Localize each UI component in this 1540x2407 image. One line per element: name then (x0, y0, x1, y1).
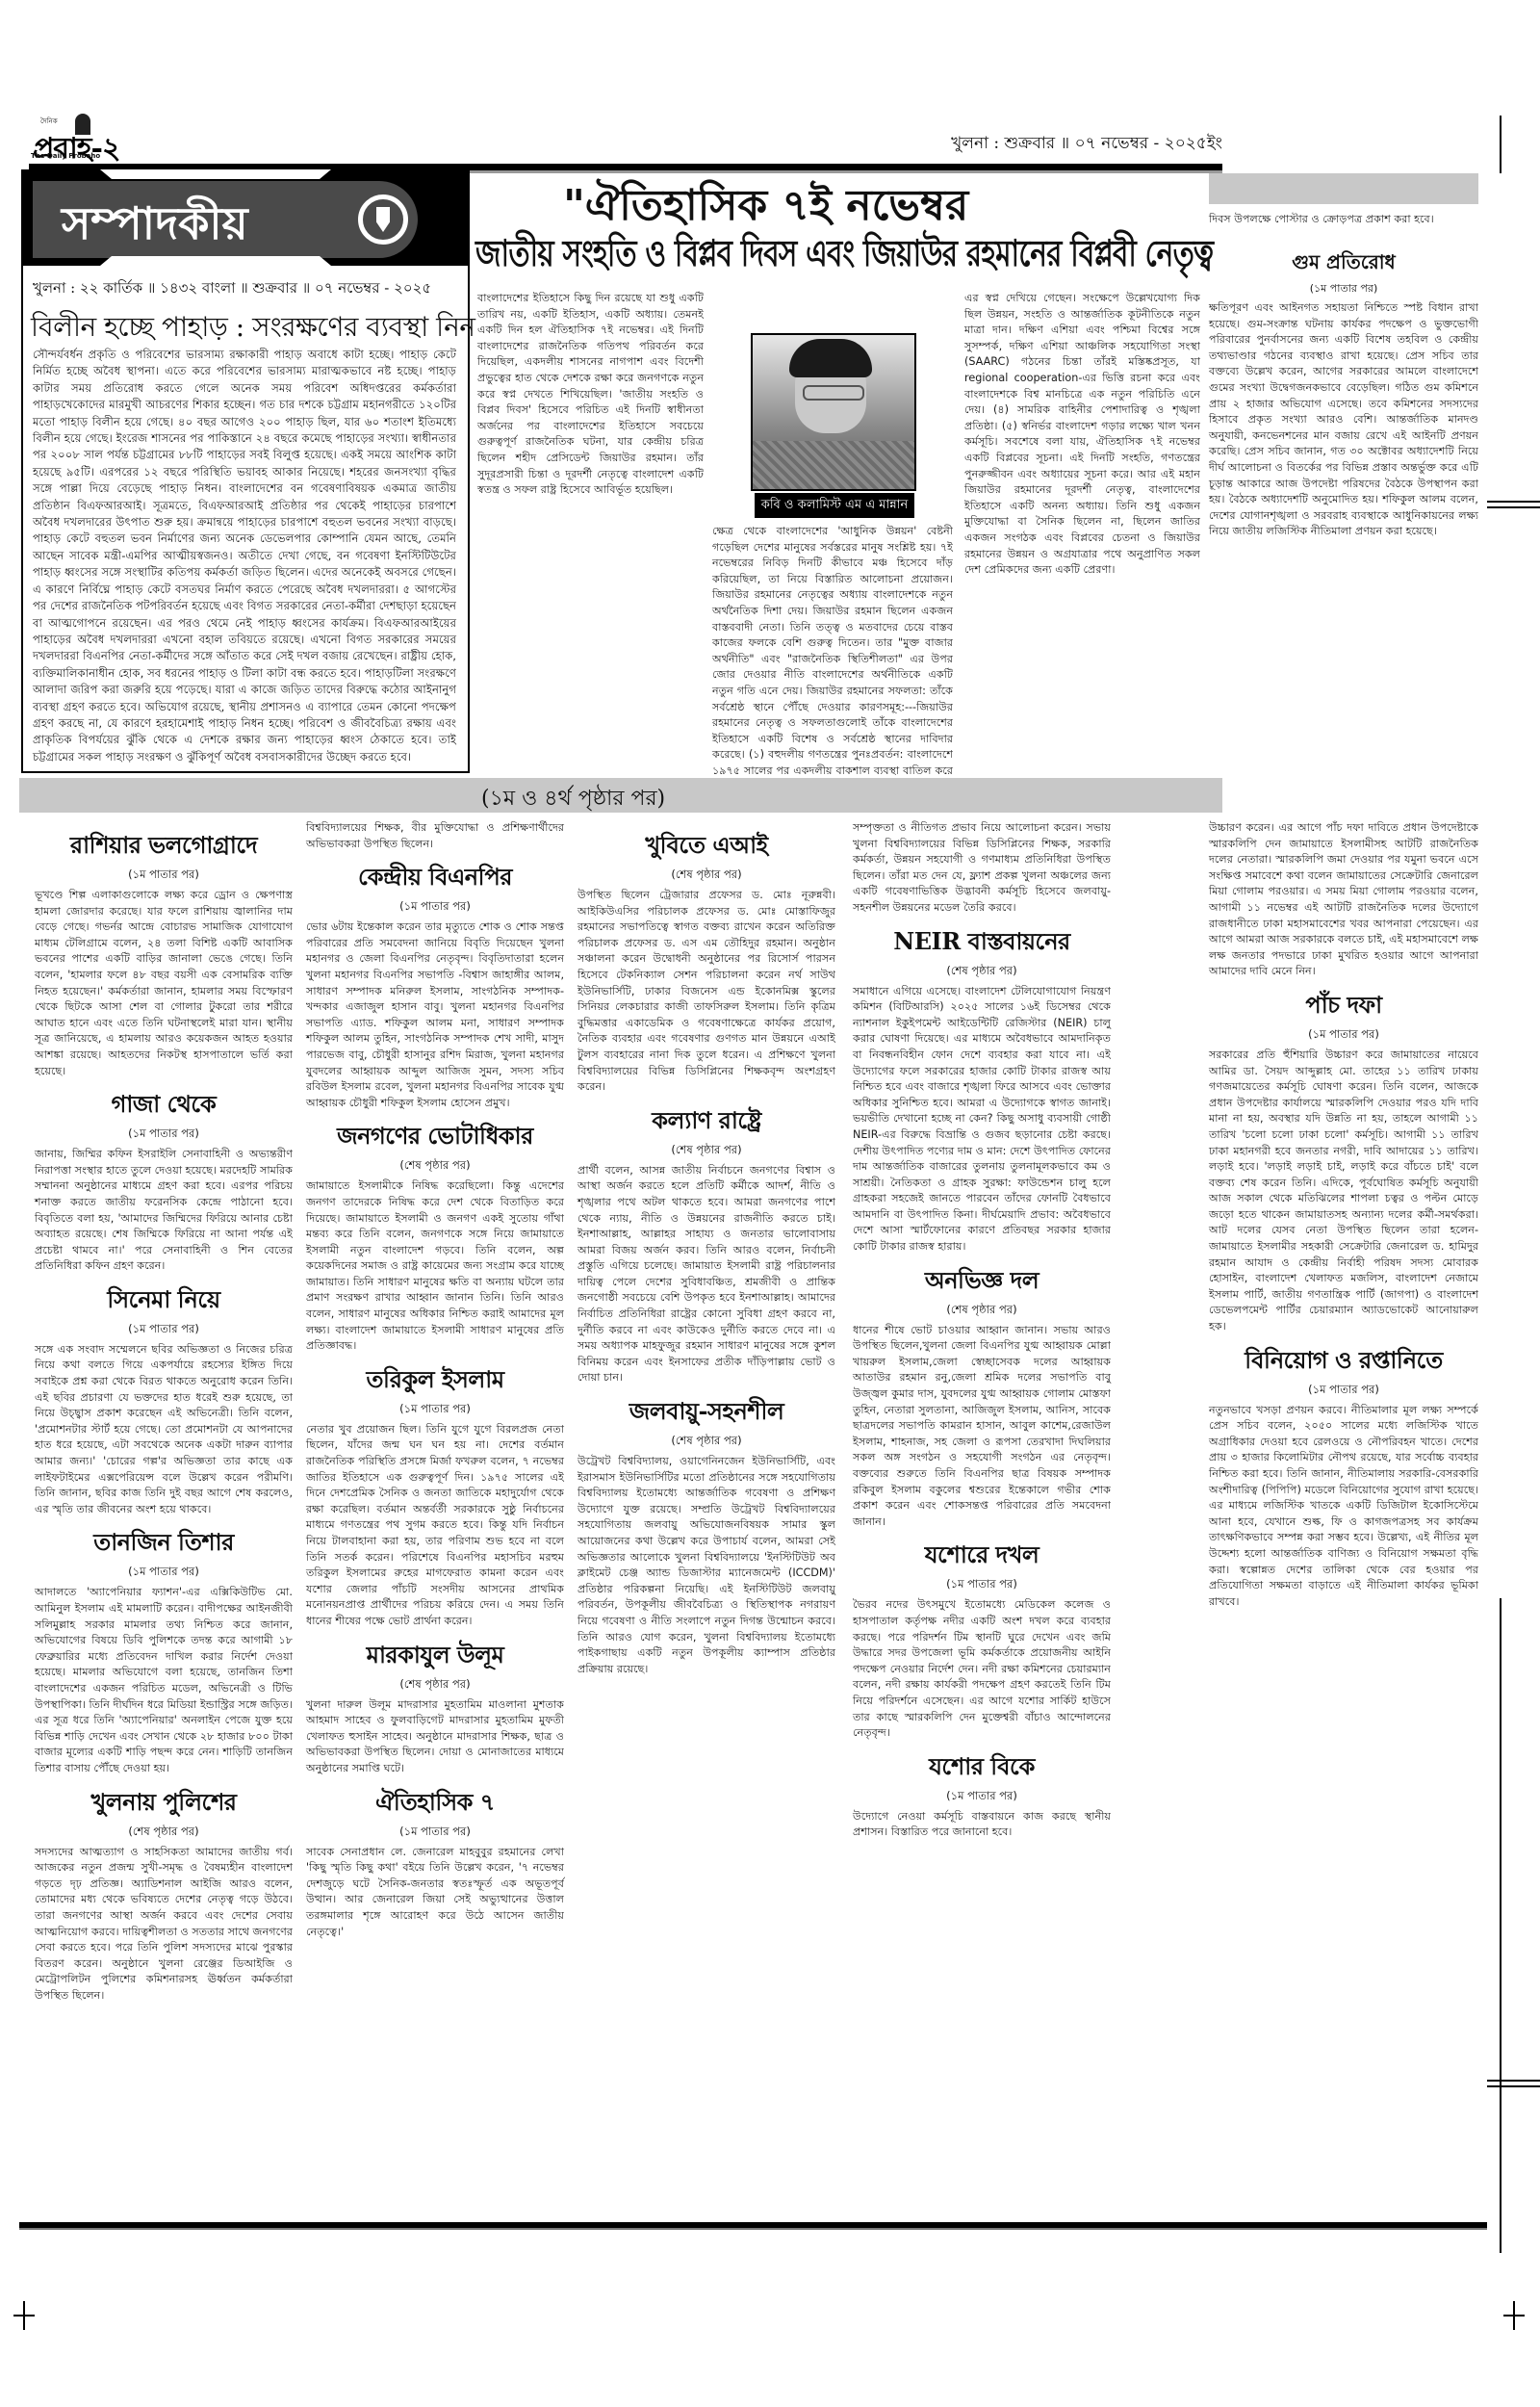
story-headline: কল্যাণ রাষ্ট্রে (577, 1103, 835, 1142)
story-body: ভোর ৬টায় ইন্তেকাল করেন তার মৃত্যুতে শোক… (306, 919, 564, 1111)
story-body: জামায়াতে ইসলামীকে নিষিদ্ধ করেছিলো। কিন্… (306, 1178, 564, 1355)
story-body: সমাধানে এগিয়ে এসেছে। বাংলাদেশ টেলিযোগায… (853, 984, 1111, 1255)
editorial-title: সম্পাদকীয় (62, 191, 248, 264)
editorial-headline: বিলীন হচ্ছে পাহাড় : সংরক্ষণের ব্যবস্থা … (31, 306, 475, 351)
story-continued: (১ম পাতার পর) (306, 898, 564, 917)
lower-column-1: রাশিয়ার ভলগোগ্রাদে (১ম পাতার পর) ভূখণ্ড… (35, 820, 293, 2004)
story-gum-protirodh: গুম প্রতিরোধ (১ম পাতার পর) ক্ষতিপূরণ এবং… (1209, 245, 1478, 540)
page-dateline: খুলনা : শুক্রবার ॥ ০৭ নভেম্বর - ২০২৫ইং (951, 131, 1222, 158)
story-headline: গাজা থেকে (35, 1087, 293, 1126)
lower-column-4: সম্পৃক্ততা ও নীতিগত প্রভাব নিয়ে আলোচনা … (853, 820, 1111, 1841)
masthead: দৈনিক প্রবাহ-২ The Daily Probaho খুলনা :… (29, 114, 1222, 164)
story-headline: মারকাযুল উলূম (306, 1638, 564, 1676)
right-column: দিবস উপলক্ষে পোস্টার ও ক্রোড়পত্র প্রকাশ… (1209, 169, 1478, 771)
bottom-rule (19, 2222, 1487, 2230)
story-body: ভূখণ্ডে শিল্প এলাকাগুলোকে লক্ষ্য করে ড্র… (35, 888, 293, 1079)
editorial-box: সম্পাদকীয় খুলনা : ২২ কার্তিক ॥ ১৪৩২ বাং… (21, 169, 470, 773)
lower-column-3: খুবিতে এআই (শেষ পৃষ্ঠার পর) উপস্থিত ছিলে… (577, 820, 835, 1677)
crop-mark (1487, 501, 1540, 503)
story-body: জানায়, জিম্মির কফিন ইসরাইলি সেনাবাহিনী … (35, 1147, 293, 1275)
editorial-body: সৌন্দর্যবর্ধন প্রকৃতি ও পরিবেশের ভারসাম্… (33, 347, 456, 765)
story-body: নতুনভাবে খসড়া প্রণয়ন করবে। নীতিমালার ম… (1209, 1403, 1478, 1611)
story-headline: বিনিয়োগ ও রপ্তানিতে (1209, 1343, 1478, 1382)
portrait-hair (789, 339, 872, 377)
story-continued: (শেষ পৃষ্ঠার পর) (35, 1824, 293, 1842)
continued-banner: (১ম ও ৪র্থ পৃষ্ঠার পর) (19, 778, 1222, 813)
story-headline: তানজিন তিশার (35, 1525, 293, 1564)
portrait-caption: কবি ও কলামিস্ট এম এ মান্নান (755, 493, 914, 518)
story-continued: (শেষ পৃষ্ঠার পর) (853, 963, 1111, 981)
crop-mark (1487, 2085, 1540, 2087)
story-body: উট্রেখট বিশ্ববিদ্যালয়, ওয়াগেনিনজেন ইউন… (577, 1454, 835, 1677)
editorial-header: সম্পাদকীয় (23, 169, 468, 266)
story-continued: (১ম পাতার পর) (306, 1401, 564, 1419)
glasses-icon (803, 385, 864, 401)
crop-mark (1487, 506, 1540, 508)
lead-article: "ঐতিহাসিক ৭ই নভেম্বর জাতীয় সংহতি ও বিপ্… (472, 169, 1203, 771)
story-headline: NEIR বাস্তবায়নের (853, 924, 1111, 963)
story-body: ভৈরব নদের উৎসমুখে ইতোমধ্যে মেডিকেল কলেজ … (853, 1597, 1111, 1741)
story-continued: (১ম পাতার পর) (853, 1576, 1111, 1594)
story-headline: যশোর বিকে (853, 1749, 1111, 1788)
story-body: সরকারের প্রতি হুঁশিয়ারি উচ্চারণ করে জাম… (1209, 1048, 1478, 1335)
story-headline: জলবায়ু-সহনশীল (577, 1394, 835, 1433)
story-continued: (১ম পাতার পর) (1209, 1382, 1478, 1400)
crop-mark (1500, 116, 1501, 173)
story-continued: (শেষ পৃষ্ঠার পর) (306, 1676, 564, 1695)
crop-mark (1487, 2080, 1540, 2082)
crop-mark (13, 2315, 35, 2316)
story-body: উদ্যোগে নেওয়া কর্মসূচি বাস্তবায়নে কাজ … (853, 1809, 1111, 1841)
logo-english: The Daily Probaho (31, 152, 100, 160)
story-headline: গুম প্রতিরোধ (1209, 248, 1478, 280)
story-continued: (১ম পাতার পর) (1209, 1026, 1478, 1045)
story-body: উপস্থিত ছিলেন ট্রেজারার প্রফেসর ড. মোঃ ন… (577, 888, 835, 1096)
story-headline: সিনেমা নিয়ে (35, 1282, 293, 1321)
article-column-1: বাংলাদেশের ইতিহাসে কিছু দিন রয়েছে যা শু… (477, 291, 704, 499)
story-body: সদস্যদের আত্মত্যাগ ও সাহসিকতা আমাদের জাত… (35, 1845, 293, 2005)
story-headline: ঐতিহাসিক ৭ (306, 1785, 564, 1824)
story-continued: (১ম পাতার পর) (35, 1126, 293, 1144)
editorial-date: খুলনা : ২২ কার্তিক ॥ ১৪৩২ বাংলা ॥ শুক্রব… (33, 277, 431, 301)
story-continued: (১ম পাতার পর) (35, 1321, 293, 1339)
story-headline: রাশিয়ার ভলগোগ্রাদে (35, 828, 293, 867)
story-headline: কেন্দ্রীয় বিএনপির (306, 860, 564, 898)
story-body: সাবেক সেনাপ্রধান লে. জেনারেল মাহবুবুর রহ… (306, 1845, 564, 1941)
crop-mark (1500, 1598, 1501, 2253)
story-body: প্রার্থী বলেন, আসন্ন জাতীয় নির্বাচনে জন… (577, 1163, 835, 1386)
story-headline: অনভিজ্ঞ দল (853, 1263, 1111, 1302)
portrait-shirt (753, 441, 914, 491)
story-continued: (শেষ পৃষ্ঠার পর) (853, 1302, 1111, 1320)
story-body: খুলনা দারুল উলূম মাদরাসার মুহতামিম মাওলা… (306, 1697, 564, 1777)
story-headline: তরিকুল ইসলাম (306, 1362, 564, 1401)
story-headline: খুবিতে এআই (577, 828, 835, 867)
story-continued: (শেষ পৃষ্ঠার পর) (577, 1142, 835, 1160)
story-body: ধানের শীষে ভোট চাওয়ার আহ্বান জানান। সভা… (853, 1323, 1111, 1531)
continued-banner-text: (১ম ও ৪র্থ পৃষ্ঠার পর) (481, 782, 665, 817)
story-continued: (১ম পাতার পর) (1209, 280, 1478, 298)
story-body: সম্পৃক্ততা ও নীতিগত প্রভাব নিয়ে আলোচনা … (853, 820, 1111, 917)
story-body: ক্ষতিপূরণ এবং আইনগত সহায়তা নিশ্চিতে স্প… (1209, 300, 1478, 540)
story-continued: (শেষ পৃষ্ঠার পর) (306, 1157, 564, 1176)
story-headline: জনগণের ভোটাধিকার (306, 1119, 564, 1157)
story-body: আদালতে 'অ্যাপেনিয়ার ফ্যাশন'-এর এক্সিকিউ… (35, 1585, 293, 1776)
banner-decor (100, 169, 331, 179)
story-continued: (শেষ পৃষ্ঠার পর) (577, 1433, 835, 1451)
lower-column-2: বিশ্ববিদ্যালয়ের শিক্ষক, বীর মুক্তিযোদ্ধ… (306, 820, 564, 1940)
story-headline: যশোরে দখল (853, 1538, 1111, 1576)
story-headline: পাঁচ দফা (1209, 988, 1478, 1026)
story-continued: (১ম পাতার পর) (853, 1788, 1111, 1806)
story-body: বিশ্ববিদ্যালয়ের শিক্ষক, বীর মুক্তিযোদ্ধ… (306, 820, 564, 852)
story-headline: খুলনায় পুলিশের (35, 1785, 293, 1824)
story-body: নেতার খুব প্রয়োজন ছিল। তিনি যুগে যুগে ব… (306, 1422, 564, 1630)
story-continued: (শেষ পৃষ্ঠার পর) (577, 867, 835, 885)
crop-mark (1503, 2315, 1525, 2316)
right-lead-in: দিবস উপলক্ষে পোস্টার ও ক্রোড়পত্র প্রকাশ… (1209, 212, 1478, 228)
fountain-pen-icon (358, 194, 408, 245)
article-headline: জাতীয় সংহতি ও বিপ্লব দিবস এবং জিয়াউর র… (475, 225, 1044, 287)
story-body: উচ্চারণ করেন। এর আগে পাঁচ দফা দাবিতে প্র… (1209, 820, 1478, 980)
columnist-portrait (751, 333, 916, 491)
article-column-3: এর স্বপ্ন দেখিয়ে গেছেন। সংক্ষেপে উল্লেখ… (964, 291, 1200, 579)
story-continued: (১ম পাতার পর) (35, 867, 293, 885)
grey-shaded-box (1209, 173, 1478, 204)
newspaper-logo: দৈনিক প্রবাহ-২ The Daily Probaho (29, 114, 164, 164)
lower-column-right: উচ্চারণ করেন। এর আগে পাঁচ দফা দাবিতে প্র… (1209, 820, 1478, 1610)
story-continued: (১ম পাতার পর) (35, 1564, 293, 1582)
story-body: সঙ্গে এক সংবাদ সম্মেলনে ছবির অভিজ্ঞতা ও … (35, 1342, 293, 1518)
article-column-2: ক্ষেত্র থেকে বাংলাদেশের 'আধুনিক উন্নয়ন'… (712, 524, 953, 795)
story-continued: (১ম পাতার পর) (306, 1824, 564, 1842)
